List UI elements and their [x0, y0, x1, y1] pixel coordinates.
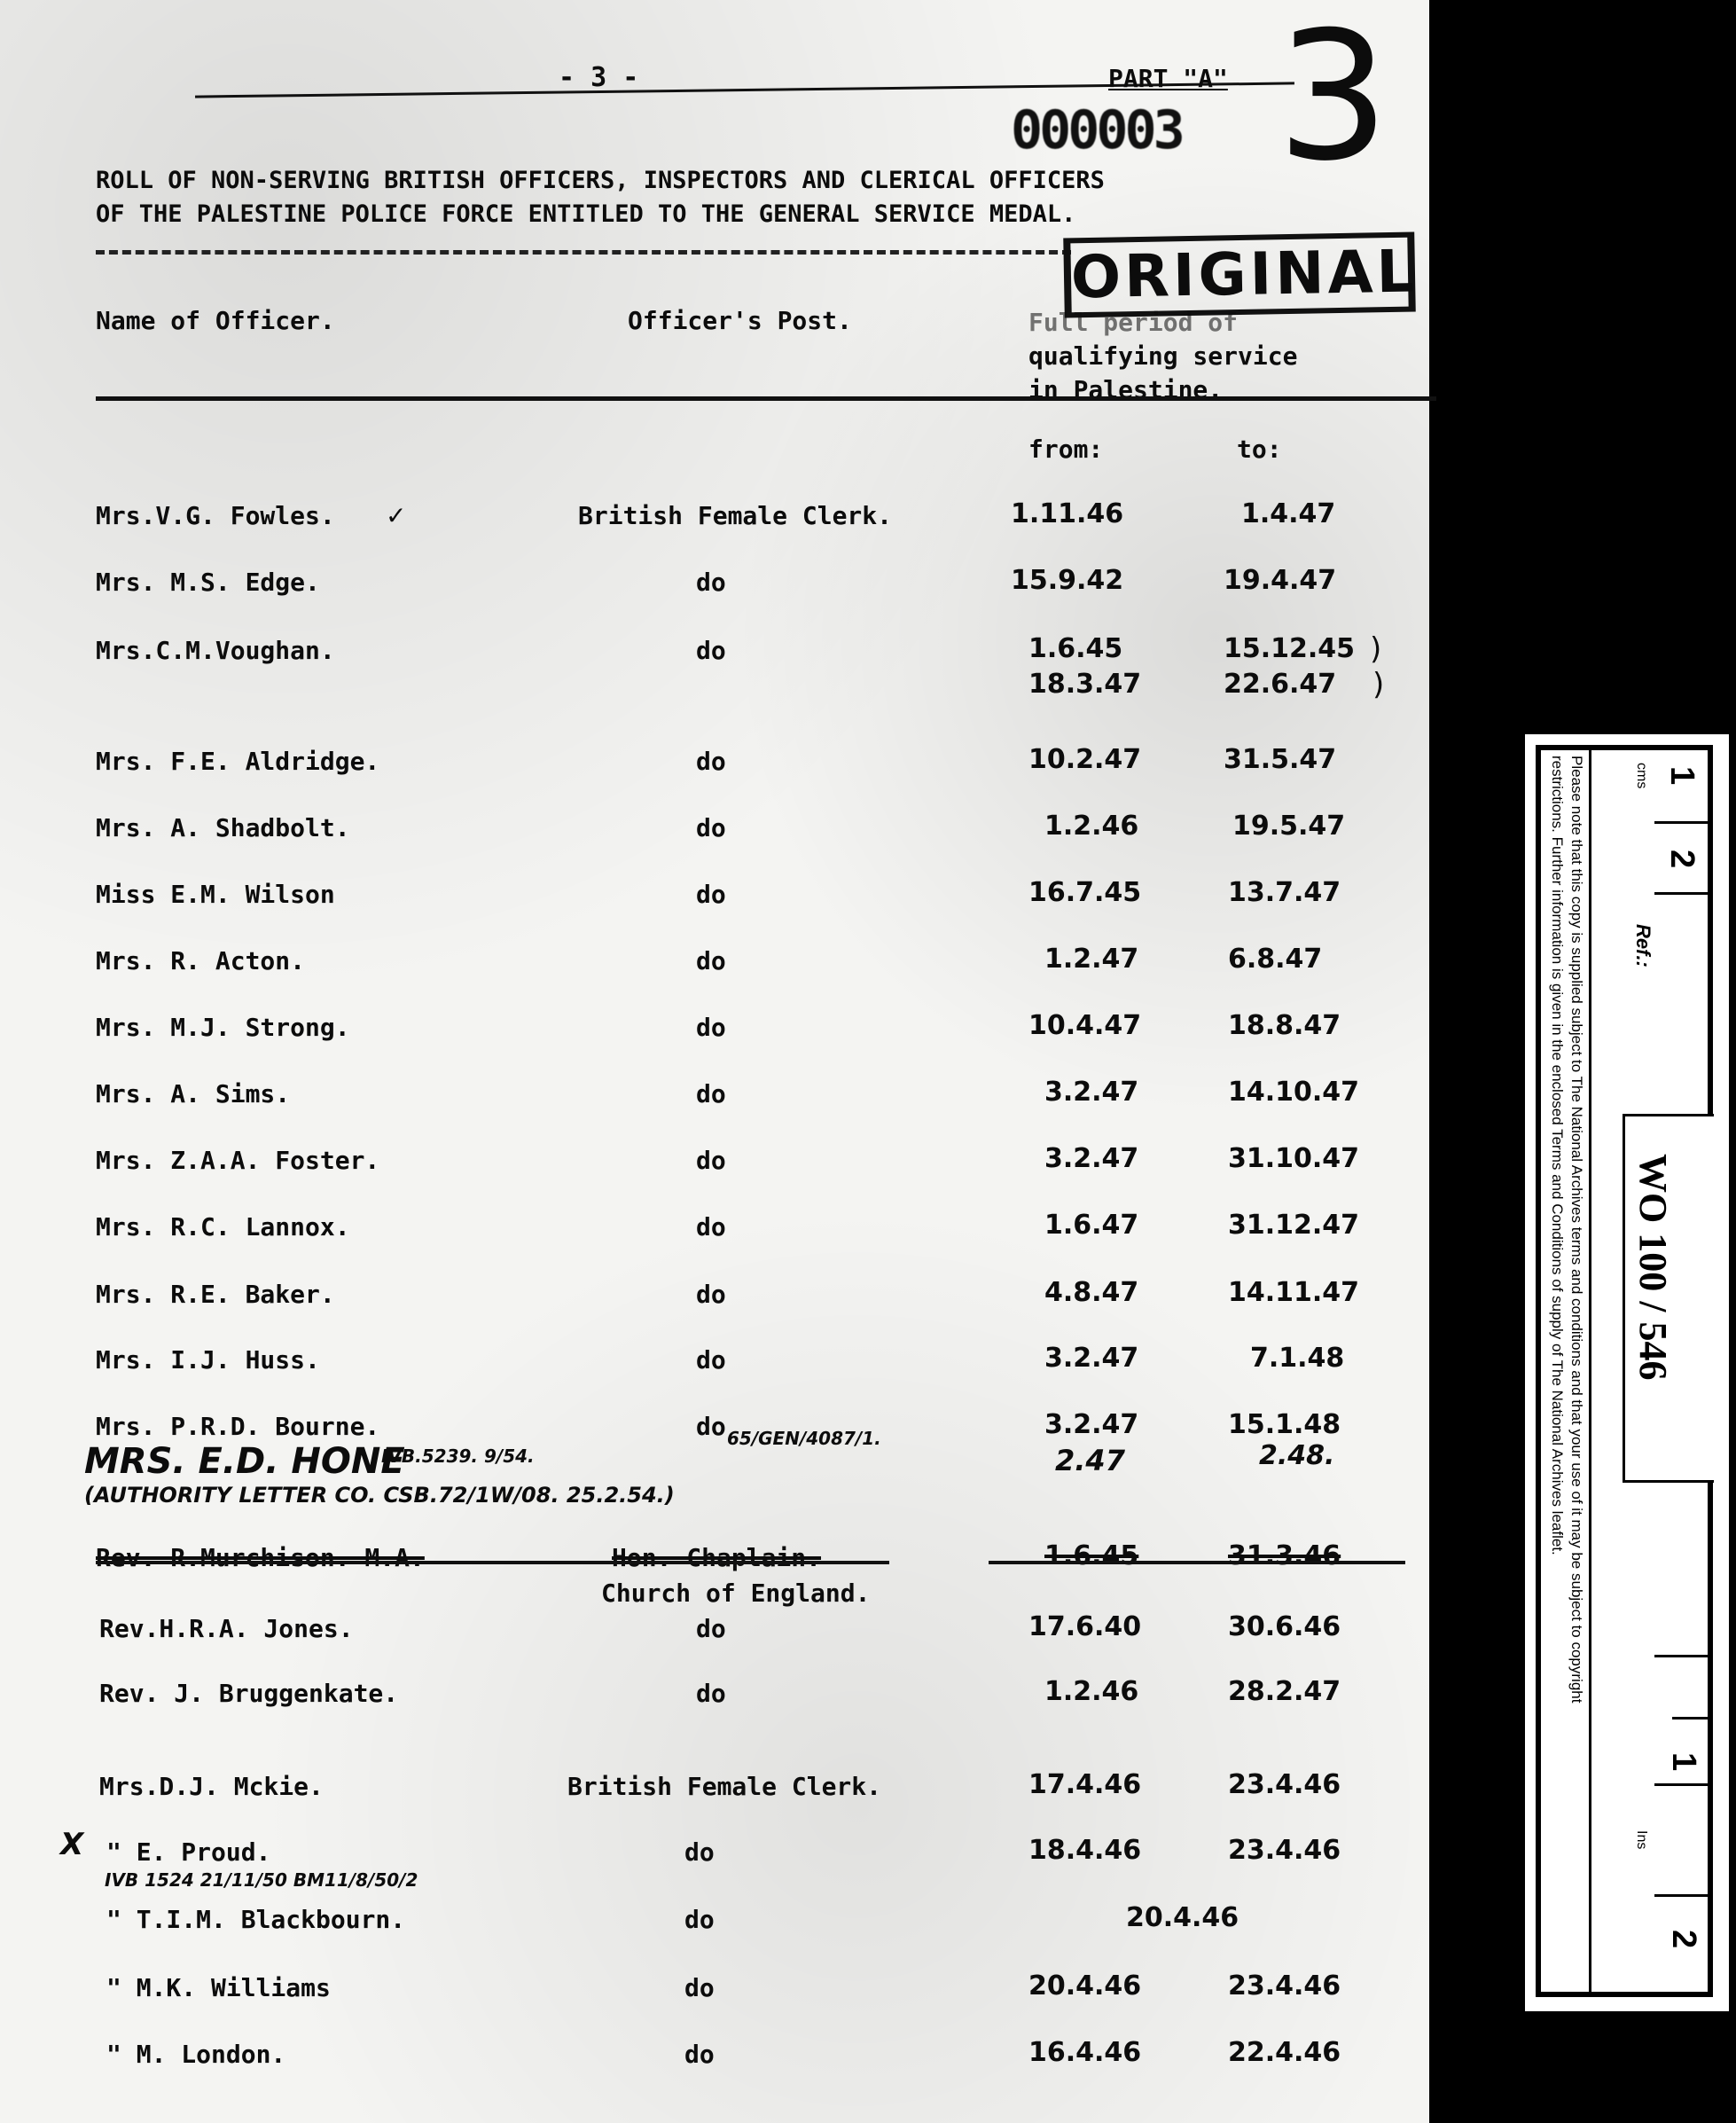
officer-name: Mrs. R.E. Baker.: [96, 1280, 335, 1309]
officer-post: do: [696, 946, 726, 975]
to-date: 7.1.48: [1250, 1343, 1344, 1374]
officer-post: do: [696, 1013, 726, 1042]
header-period-line-1: Full period of: [1028, 306, 1297, 340]
officer-post: do: [684, 2040, 715, 2069]
to-date: 15.1.48: [1228, 1409, 1341, 1440]
part-label: PART "A": [1108, 64, 1228, 93]
officer-post: British Female Clerk.: [567, 1772, 881, 1801]
officer-post: Hon. Chaplain.: [612, 1543, 821, 1572]
from-date: 16.4.46: [1028, 2037, 1141, 2068]
ref-label: Ref.:: [1631, 924, 1654, 967]
to-date: 30.6.46: [1228, 1611, 1341, 1642]
officer-name: Mrs.D.J. Mckie.: [99, 1772, 324, 1801]
from-date: 20.4.46: [1028, 1970, 1141, 2002]
bracket: ): [1370, 631, 1381, 667]
officer-name: " E. Proud.: [106, 1837, 270, 1867]
from-date: 3.2.47: [1044, 1077, 1138, 1108]
officer-post: do: [684, 1973, 715, 2002]
copyright-notice-line-2: restrictions. Further information is giv…: [1548, 756, 1566, 1555]
ins-unit: Ins: [1633, 1830, 1649, 1849]
from-date: 10.4.47: [1028, 1010, 1141, 1041]
to-date-2: 22.6.47: [1224, 669, 1336, 700]
reference-number: WO 100 / 546: [1630, 1154, 1676, 1380]
header-to: to:: [1237, 435, 1282, 464]
officer-name: Mrs. F.E. Aldridge.: [96, 747, 379, 776]
cms-2: 2: [1662, 850, 1701, 868]
from-date: 4.8.47: [1044, 1277, 1138, 1308]
label-divider: [1589, 750, 1591, 1992]
to-date: 19.5.47: [1232, 811, 1345, 842]
ins-2: 2: [1664, 1930, 1702, 1948]
to-date: 13.7.47: [1228, 877, 1341, 908]
handwritten-folio-number: 3: [1277, 9, 1389, 186]
cms-1: 1: [1662, 766, 1701, 785]
archive-label-frame: Please note that this copy is supplied s…: [1536, 745, 1713, 1997]
scale-tick: [1654, 821, 1708, 824]
cms-unit: cms: [1633, 763, 1649, 788]
stamp-number: 000003: [1011, 99, 1182, 161]
officer-post: do: [696, 880, 726, 909]
header-from: from:: [1028, 435, 1103, 464]
officer-name: Mrs. M.S. Edge.: [96, 568, 320, 597]
to-date: 19.4.47: [1224, 565, 1336, 596]
scale-tick: [1654, 892, 1708, 895]
amendment-to: 2.48.: [1259, 1440, 1334, 1471]
header-period: Full period of qualifying service in Pal…: [1028, 306, 1297, 407]
page-number: - 3 -: [559, 62, 638, 93]
to-date: 1.4.47: [1241, 498, 1335, 529]
bracket: ): [1372, 667, 1384, 702]
original-stamp: ORIGINAL: [1063, 232, 1416, 318]
officer-post: do: [696, 568, 726, 597]
header-rule: [96, 396, 1436, 401]
officer-post: do: [696, 813, 726, 842]
ins-1: 1: [1664, 1752, 1702, 1771]
from-date: 1.6.47: [1044, 1210, 1138, 1241]
officer-post: do: [696, 1614, 726, 1643]
from-date-2: 18.3.47: [1028, 669, 1141, 700]
officer-name: Mrs. P.R.D. Bourne.: [96, 1412, 379, 1441]
from-date: 1.2.46: [1044, 811, 1138, 842]
officer-name: Mrs.V.G. Fowles.: [96, 501, 335, 530]
officer-name: Rev. J. Bruggenkate.: [99, 1679, 398, 1708]
header-period-line-2: qualifying service: [1028, 340, 1297, 373]
scale-tick: [1654, 1783, 1708, 1786]
to-date: 31.3.46: [1228, 1540, 1341, 1571]
chaplain-post: Church of England.: [601, 1579, 870, 1608]
amendment-from: 2.47: [1055, 1444, 1125, 1477]
scale-tick: [1654, 1894, 1708, 1897]
to-date: 31.12.47: [1228, 1210, 1359, 1241]
officer-name: Mrs.C.M.Voughan.: [96, 636, 335, 665]
officer-name: Rev.H.R.A. Jones.: [99, 1614, 354, 1643]
from-date: 1.2.47: [1044, 944, 1138, 975]
to-date: 14.10.47: [1228, 1077, 1359, 1108]
officer-post: do: [696, 747, 726, 776]
officer-name: Mrs. M.J. Strong.: [96, 1013, 350, 1042]
officer-name: " M.K. Williams: [106, 1973, 331, 2002]
amendment-ref-1: IVB.5239. 9/54.: [381, 1445, 535, 1467]
officer-post: do: [696, 1412, 726, 1441]
officer-name: Mrs. R.C. Lannox.: [96, 1212, 350, 1242]
to-date: 20.4.46: [1126, 1902, 1239, 1933]
strike-line: [96, 1561, 889, 1564]
title-line-2: OF THE PALESTINE POLICE FORCE ENTITLED T…: [96, 198, 1105, 231]
strike-line: [989, 1561, 1405, 1564]
header-period-line-3: in Palestine.: [1028, 373, 1297, 407]
officer-post: do: [684, 1837, 715, 1867]
tick-mark: ✓: [386, 501, 406, 530]
to-date: 14.11.47: [1228, 1277, 1359, 1308]
to-date: 15.12.45: [1224, 633, 1355, 664]
archive-label: Please note that this copy is supplied s…: [1525, 734, 1729, 2011]
officer-post: do: [696, 1280, 726, 1309]
officer-name: Mrs. Z.A.A. Foster.: [96, 1146, 379, 1175]
officer-post: do: [684, 1905, 715, 1934]
to-date: 28.2.47: [1228, 1676, 1341, 1707]
officer-name: Mrs. I.J. Huss.: [96, 1345, 320, 1375]
amendment-authority: (AUTHORITY LETTER CO. CSB.72/1W/08. 25.2…: [84, 1483, 675, 1508]
from-date: 10.2.47: [1028, 744, 1141, 775]
officer-post: do: [696, 1079, 726, 1109]
from-date: 1.6.45: [1028, 633, 1122, 664]
proud-annotation: IVB 1524 21/11/50 BM11/8/50/2: [105, 1869, 418, 1891]
scale-tick: [1672, 1717, 1708, 1720]
x-mark: X: [60, 1827, 83, 1862]
officer-post: do: [696, 1345, 726, 1375]
officer-name: Rev. R.Murchison. M.A.: [96, 1543, 425, 1572]
amendment-name: MRS. E.D. HONE: [84, 1441, 405, 1482]
from-date: 18.4.46: [1028, 1835, 1141, 1866]
officer-post: do: [696, 1212, 726, 1242]
officer-post: British Female Clerk.: [578, 501, 892, 530]
to-date: 23.4.46: [1228, 1835, 1341, 1866]
from-date: 3.2.47: [1044, 1343, 1138, 1374]
to-date: 23.4.46: [1228, 1970, 1341, 2002]
to-date: 23.4.46: [1228, 1769, 1341, 1800]
title-line-1: ROLL OF NON-SERVING BRITISH OFFICERS, IN…: [96, 164, 1105, 198]
from-date: 1.2.46: [1044, 1676, 1138, 1707]
officer-name: Mrs. R. Acton.: [96, 946, 305, 975]
from-date: 1.6.45: [1044, 1540, 1138, 1571]
from-date: 17.6.40: [1028, 1611, 1141, 1642]
from-date: 3.2.47: [1044, 1409, 1138, 1440]
to-date: 6.8.47: [1228, 944, 1322, 975]
from-date: 3.2.47: [1044, 1143, 1138, 1174]
officer-name: Miss E.M. Wilson: [96, 880, 335, 909]
officer-post: do: [696, 1679, 726, 1708]
officer-post: do: [696, 636, 726, 665]
to-date: 22.4.46: [1228, 2037, 1341, 2068]
officer-name: Mrs. A. Sims.: [96, 1079, 290, 1109]
header-name: Name of Officer.: [96, 306, 335, 335]
document-title: ROLL OF NON-SERVING BRITISH OFFICERS, IN…: [96, 164, 1105, 231]
scale-tick: [1654, 1655, 1708, 1657]
to-date: 18.8.47: [1228, 1010, 1341, 1041]
officer-name: " T.I.M. Blackbourn.: [106, 1905, 405, 1934]
officer-name: Mrs. A. Shadbolt.: [96, 813, 350, 842]
dashed-rule: [96, 250, 1071, 255]
from-date: 15.9.42: [1011, 565, 1123, 596]
copyright-notice-line-1: Please note that this copy is supplied s…: [1568, 756, 1585, 1703]
amendment-ref-2: 65/GEN/4087/1.: [727, 1428, 881, 1449]
header-post: Officer's Post.: [628, 306, 852, 335]
to-date: 31.5.47: [1224, 744, 1336, 775]
to-date: 31.10.47: [1228, 1143, 1359, 1174]
from-date: 1.11.46: [1011, 498, 1123, 529]
officer-post: do: [696, 1146, 726, 1175]
document-page: - 3 - PART "A" 000003 3 ROLL OF NON-SERV…: [0, 0, 1429, 2123]
from-date: 17.4.46: [1028, 1769, 1141, 1800]
from-date: 16.7.45: [1028, 877, 1141, 908]
officer-name: " M. London.: [106, 2040, 285, 2069]
